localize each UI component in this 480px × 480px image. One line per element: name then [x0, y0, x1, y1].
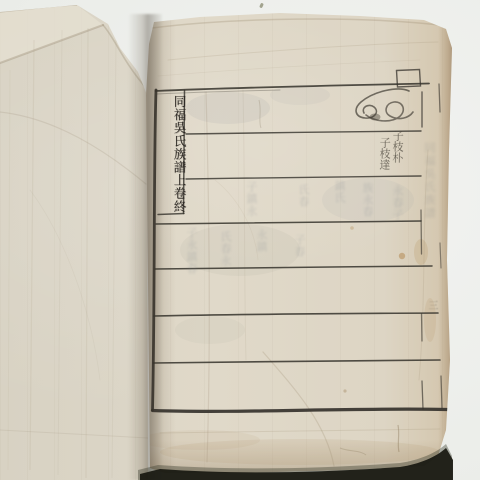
- photo-of-antique-genealogy-book: 同福吳氏族譜上卷終 子枝朴 子枝達 子鎮永 氏春 鎮氏 族永春 永春子 子永鎮春…: [0, 0, 480, 480]
- book-bottom-shadow: [0, 0, 480, 480]
